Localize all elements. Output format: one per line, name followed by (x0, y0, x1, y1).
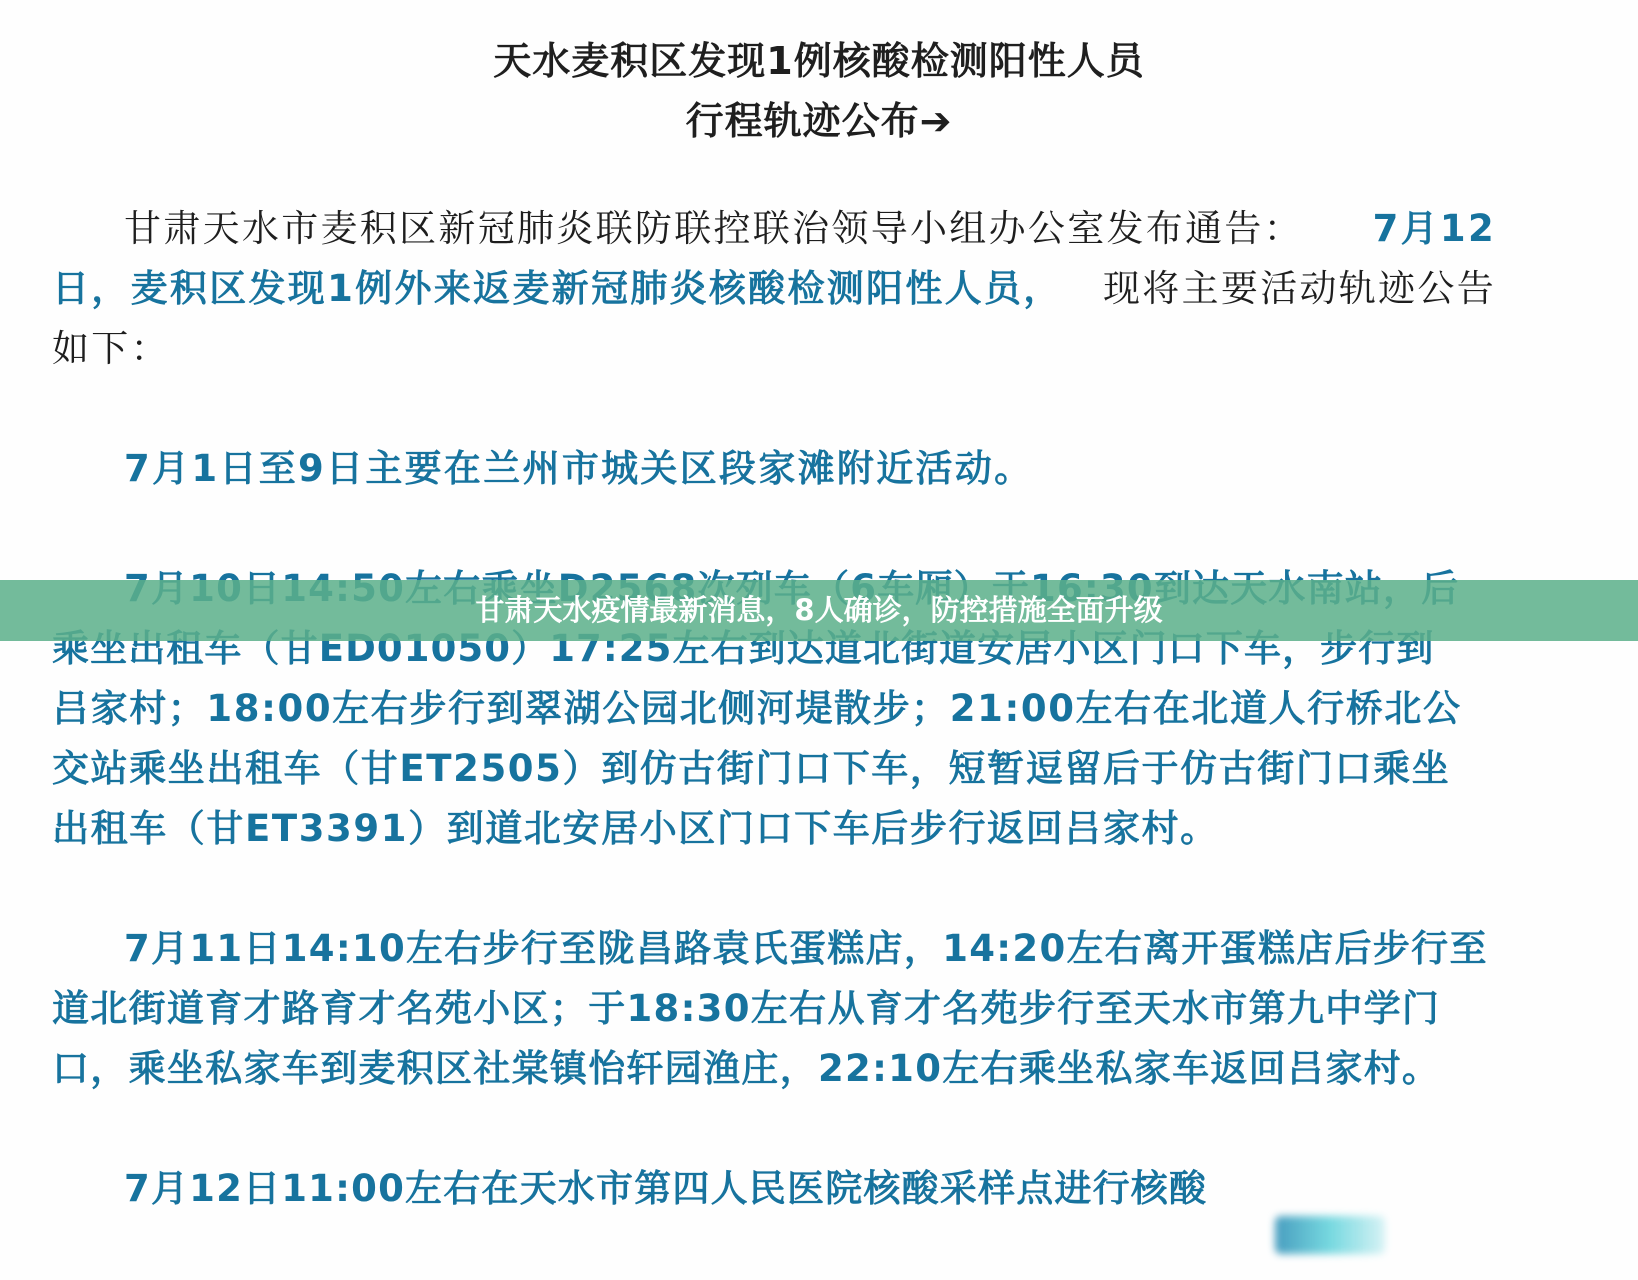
notice-line-3: 如下： (52, 330, 170, 367)
notice-line-1: 甘肃天水市麦积区新冠肺炎联防联控联治领导小组办公室发布通告： 7月12 (124, 210, 1496, 247)
itinerary-jul11-line-3: 口，乘坐私家车到麦积区社棠镇怡轩园渔庄，22:10左右乘坐私家车返回吕家村。 (52, 1050, 1440, 1087)
headline-title-line1: 天水麦积区发现1例核酸检测阳性人员 (0, 30, 1638, 85)
itinerary-jul11-line-2: 道北街道育才路育才名苑小区；于18:30左右从育才名苑步行至天水市第九中学门 (52, 990, 1440, 1027)
blurred-text-region (1275, 1216, 1385, 1254)
itinerary-jul10-line-3: 吕家村；18:00左右步行到翠湖公园北侧河堤散步；21:00左右在北道人行桥北公 (52, 690, 1462, 727)
headline-banner: 甘肃天水疫情最新消息，8人确诊，防控措施全面升级 (0, 580, 1638, 641)
notice-line-2: 日，麦积区发现1例外来返麦新冠肺炎核酸检测阳性人员， 现将主要活动轨迹公告 (52, 270, 1496, 307)
headline-title-line2: 行程轨迹公布➔ (0, 90, 1638, 145)
itinerary-jul1-9: 7月1日至9日主要在兰州市城关区段家滩附近活动。 (124, 450, 1033, 487)
itinerary-jul12-line-1: 7月12日11:00左右在天水市第四人民医院核酸采样点进行核酸 (124, 1170, 1207, 1207)
article-image: 天水麦积区发现1例核酸检测阳性人员 行程轨迹公布➔ 甘肃天水市麦积区新冠肺炎联防… (0, 0, 1638, 1280)
itinerary-jul10-line-4: 交站乘坐出租车（甘ET2505）到仿古街门口下车，短暂逗留后于仿古街门口乘坐 (52, 750, 1450, 787)
notice-date-text: 7月12 (1373, 210, 1496, 247)
banner-headline-text: 甘肃天水疫情最新消息，8人确诊，防控措施全面升级 (0, 580, 1638, 641)
itinerary-jul11-line-1: 7月11日14:10左右步行至陇昌路袁氏蛋糕店，14:20左右离开蛋糕店后步行至 (124, 930, 1488, 967)
itinerary-jul10-line-5: 出租车（甘ET3391）到道北安居小区门口下车后步行返回吕家村。 (52, 810, 1219, 847)
notice-highlight-text: 日，麦积区发现1例外来返麦新冠肺炎核酸检测阳性人员， (52, 270, 1063, 307)
notice-issuer-text: 甘肃天水市麦积区新冠肺炎联防联控联治领导小组办公室发布通告： (124, 210, 1303, 247)
notice-body-text: 现将主要活动轨迹公告 (1103, 270, 1496, 307)
